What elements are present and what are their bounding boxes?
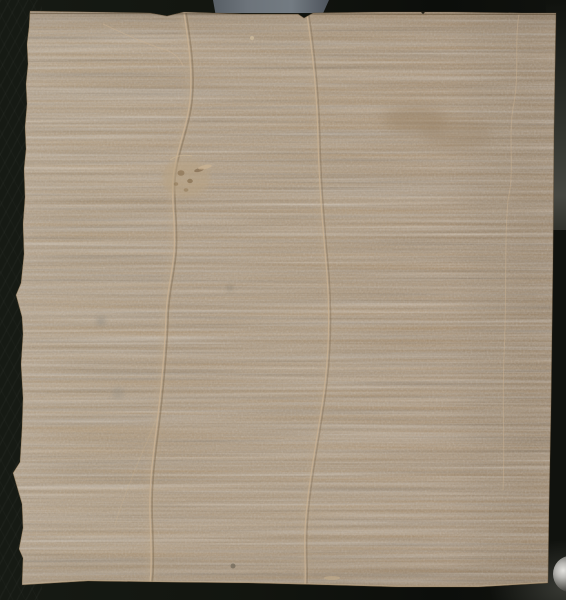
- sheet-vertical-shading: [10, 8, 560, 590]
- cardboard-sheet: [0, 0, 566, 600]
- photo-canvas: [0, 0, 566, 600]
